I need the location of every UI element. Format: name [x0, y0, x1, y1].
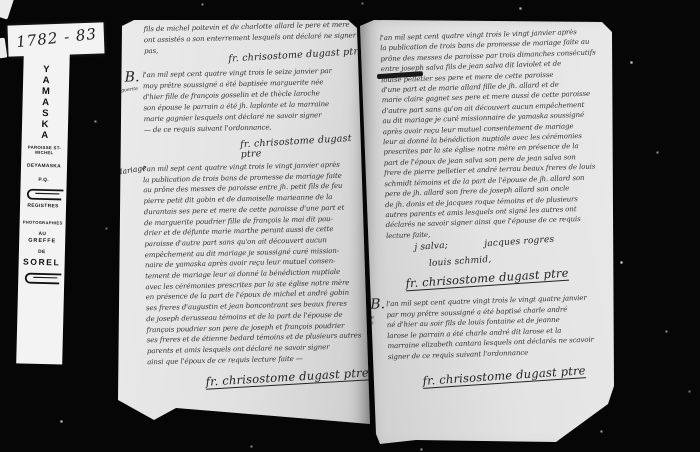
label-sorel: SOREL [23, 258, 60, 268]
label-letter: M [42, 86, 50, 97]
priest-signature: fr. chrisostome dugast ptre [422, 364, 586, 387]
priest-signature: fr. chrisostome dugast ptre [240, 133, 373, 161]
province-abbrev: P.Q. [38, 177, 49, 183]
label-registres: REGISTRES [27, 204, 58, 210]
film-grain-dots [0, 0, 1, 1]
label-letter: Y [43, 64, 50, 75]
witness-signature: j salva; [414, 241, 448, 253]
date-text: 1782 - 83 [7, 19, 105, 51]
margin-note-name: marguerite [112, 88, 129, 95]
film-artifact [0, 38, 7, 59]
right-page-ink: l'an mil sept cent quatre vingt trois le… [349, 14, 624, 452]
paperclip-icon [21, 186, 65, 201]
label-greffe: GREFFE [28, 239, 56, 245]
margin-letter-b: B. [125, 70, 140, 84]
label-letter: K [41, 119, 48, 130]
manuscript-page-right: l'an mil sept cent quatre vingt trois le… [356, 18, 618, 448]
film-artifact [0, 0, 14, 20]
place-name: DEYAMASKA [27, 164, 61, 170]
label-de: DE [38, 249, 46, 255]
label-letter: A [41, 130, 48, 141]
marriage-record-text: l'an mil sept cent quatre vingt trois le… [143, 159, 372, 367]
label-letter: A [42, 97, 49, 108]
manuscript-page-left: fils de michel poitevin et de charlotte … [114, 10, 374, 432]
priest-signature: fr. chrisostome dugast ptre [405, 267, 569, 290]
baptism-record-text: l'an mil sept cent quatre vingt trois le… [386, 292, 602, 362]
paperclip-icon [19, 270, 63, 285]
parish-name: PAROISSE ST- MICHEL [28, 145, 62, 156]
label-au: AU [38, 231, 46, 237]
baptism-record-text: l'an mil sept cent quatre vingt trois le… [143, 65, 362, 136]
priest-signature: fr. chrisostome dugast ptre [205, 366, 369, 387]
marriage-record-text: l'an mil sept cent quatre vingt trois le… [380, 26, 612, 241]
margin-letter-b: B. [370, 297, 385, 311]
scanned-register-photo: 1782 - 83 Y A M A S K A PAROISSE ST- MIC… [0, 0, 700, 452]
left-page-ink: fils de michel poitevin et de charlotte … [109, 7, 379, 435]
witness-signature: louis schmid, [429, 255, 492, 269]
label-letter: S [42, 108, 49, 119]
label-photographies: PHOTOGRAPHIES [23, 219, 63, 225]
archive-side-label: Y A M A S K A PAROISSE ST- MICHEL DEYAMA… [16, 51, 70, 364]
label-letter: A [43, 75, 50, 86]
